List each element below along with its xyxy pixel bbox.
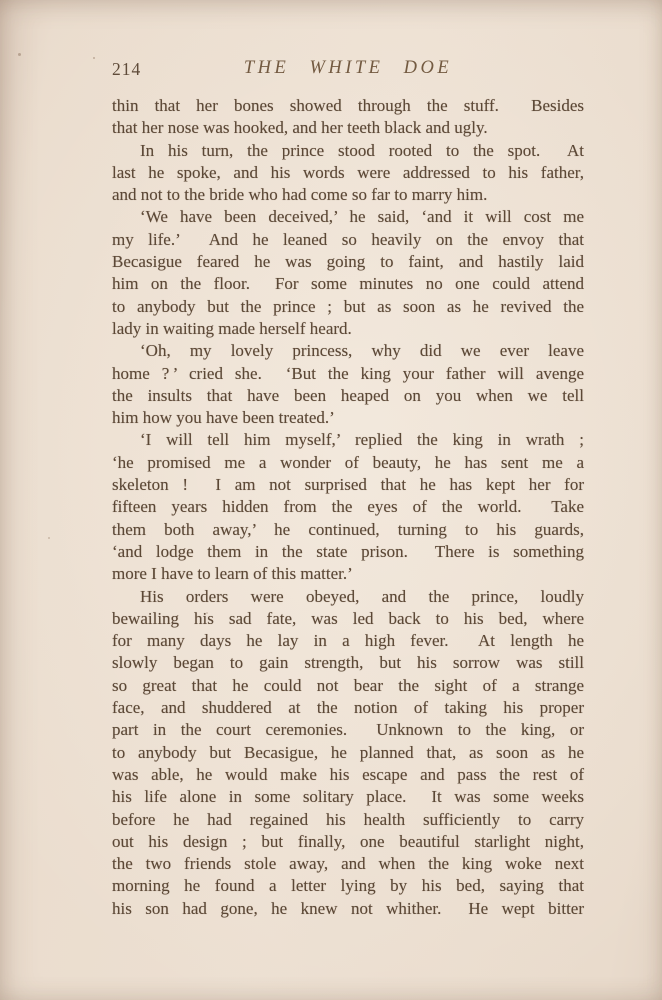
text-line: part in the court ceremonies. Unknown to… — [112, 719, 584, 741]
text-line: that her nose was hooked, and her teeth … — [112, 117, 584, 139]
text-line: fifteen years hidden from the eyes of th… — [112, 496, 584, 518]
text-line: his son had gone, he knew not whither. H… — [112, 898, 584, 920]
text-line: face, and shuddered at the notion of tak… — [112, 697, 584, 719]
text-line: more I have to learn of this matter.’ — [112, 563, 584, 585]
text-line: skeleton ! I am not surprised that he ha… — [112, 474, 584, 496]
text-block: thin that her bones showed through the s… — [112, 95, 584, 920]
text-line: slowly began to gain strength, but his s… — [112, 652, 584, 674]
text-line: Becasigue feared he was going to faint, … — [112, 251, 584, 273]
text-line: ‘I will tell him myself,’ replied the ki… — [112, 429, 584, 451]
text-line: to anybody but the prince ; but as soon … — [112, 296, 584, 318]
text-line: the insults that have been heaped on you… — [112, 385, 584, 407]
text-line: home ? ’ cried she. ‘But the king your f… — [112, 363, 584, 385]
text-line: last he spoke, and his words were addres… — [112, 162, 584, 184]
text-line: His orders were obeyed, and the prince, … — [112, 586, 584, 608]
text-line: him on the floor. For some minutes no on… — [112, 273, 584, 295]
text-line: his life alone in some solitary place. I… — [112, 786, 584, 808]
text-line: lady in waiting made herself heard. — [112, 318, 584, 340]
text-line: In his turn, the prince stood rooted to … — [112, 140, 584, 162]
paper-speck — [93, 57, 95, 59]
text-line: them both away,’ he continued, turning t… — [112, 519, 584, 541]
text-line: morning he found a letter lying by his b… — [112, 875, 584, 897]
text-line: was able, he would make his escape and p… — [112, 764, 584, 786]
text-line: to anybody but Becasigue, he planned tha… — [112, 742, 584, 764]
text-line: so great that he could not bear the sigh… — [112, 675, 584, 697]
text-line: out his design ; but finally, one beauti… — [112, 831, 584, 853]
text-line: ‘he promised me a wonder of beauty, he h… — [112, 452, 584, 474]
paragraph: His orders were obeyed, and the prince, … — [112, 586, 584, 920]
paragraph: ‘I will tell him myself,’ replied the ki… — [112, 429, 584, 585]
text-line: thin that her bones showed through the s… — [112, 95, 584, 117]
paragraph: ‘Oh, my lovely princess, why did we ever… — [112, 340, 584, 429]
paragraph: In his turn, the prince stood rooted to … — [112, 140, 584, 207]
running-title: THE WHITE DOE — [112, 58, 584, 79]
text-line: for many days he lay in a high fever. At… — [112, 630, 584, 652]
paragraph: ‘We have been deceived,’ he said, ‘and i… — [112, 206, 584, 340]
book-page: 214 THE WHITE DOE thin that her bones sh… — [0, 0, 662, 1000]
text-line: before he had regained his health suffic… — [112, 809, 584, 831]
text-line: ‘and lodge them in the state prison. The… — [112, 541, 584, 563]
text-line: and not to the bride who had come so far… — [112, 184, 584, 206]
text-line: ‘We have been deceived,’ he said, ‘and i… — [112, 206, 584, 228]
text-line: bewailing his sad fate, was led back to … — [112, 608, 584, 630]
running-head: 214 THE WHITE DOE — [112, 58, 584, 82]
text-line: him how you have been treated.’ — [112, 407, 584, 429]
paragraph: thin that her bones showed through the s… — [112, 95, 584, 140]
text-line: the two friends stole away, and when the… — [112, 853, 584, 875]
paper-speck — [18, 53, 21, 56]
text-line: my life.’ And he leaned so heavily on th… — [112, 229, 584, 251]
text-line: ‘Oh, my lovely princess, why did we ever… — [112, 340, 584, 362]
paper-speck — [48, 537, 50, 539]
